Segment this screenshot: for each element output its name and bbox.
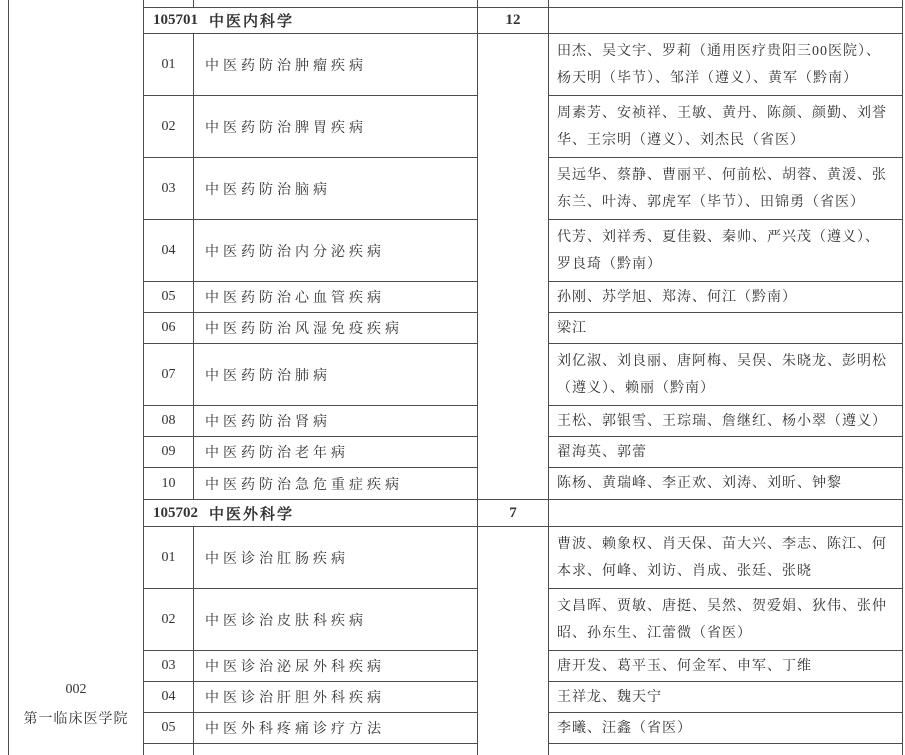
advisors-cell: 吴远华、蔡静、曹丽平、何前松、胡蓉、黄湲、张东兰、叶涛、郭虎军（毕节）、田锦勇（… <box>549 158 902 220</box>
section-name: 中医外科学 <box>209 503 294 524</box>
advisors-cell: 刘亿淑、刘良丽、唐阿梅、吴俣、朱晓龙、彭明松（遵义）、赖丽（黔南） <box>549 344 902 406</box>
partial-cell <box>549 0 902 7</box>
section-body-105702: 01 中医诊治肛肠疾病 02 中医诊治皮肤科疾病 03 中医诊治泌尿外科疾病 0… <box>144 527 902 755</box>
table-row: 04 中医诊治肝胆外科疾病 <box>144 682 478 713</box>
table-row: 05 中医药防治心血管疾病 <box>144 282 478 313</box>
direction-name: 中医药防治肿瘤疾病 <box>194 34 478 95</box>
direction-name: 中医诊治皮肤科疾病 <box>194 589 478 650</box>
section-code: 105702 <box>153 505 198 522</box>
direction-code: 07 <box>144 344 194 405</box>
table-row: 01 中医药防治肿瘤疾病 <box>144 34 478 96</box>
direction-name: 中医外科疼痛诊疗方法 <box>194 713 478 743</box>
table-row: 01 中医诊治肛肠疾病 <box>144 527 478 589</box>
direction-code: 08 <box>144 406 194 436</box>
advisors-cell: 陈杨、黄瑞峰、李正欢、刘涛、刘昕、钟黎 <box>549 468 902 499</box>
document-page: 002 第一临床医学院 105701 中医内科学 12 <box>0 0 905 755</box>
institution-name: 第一临床医学院 <box>24 705 129 735</box>
count-column <box>478 527 549 755</box>
direction-code: 02 <box>144 96 194 157</box>
partial-cell <box>144 744 194 755</box>
partial-row-bottom <box>144 744 478 755</box>
table-row: 02 中医诊治皮肤科疾病 <box>144 589 478 651</box>
empty-cell <box>549 8 902 34</box>
advisors-cell: 唐开发、葛平玉、何金军、申军、丁维 <box>549 651 902 682</box>
count-column <box>478 34 549 499</box>
table-row: 05 中医外科疼痛诊疗方法 <box>144 713 478 744</box>
table-row: 02 中医药防治脾胃疾病 <box>144 96 478 158</box>
direction-name: 中医药防治急危重症疾病 <box>194 468 478 499</box>
institution-code: 002 <box>66 675 87 705</box>
table-row: 09 中医药防治老年病 <box>144 437 478 468</box>
direction-name: 中医药防治肾病 <box>194 406 478 436</box>
table-row: 08 中医药防治肾病 <box>144 406 478 437</box>
table-main: 105701 中医内科学 12 01 中医药防治肿瘤疾病 02 中医药防治脾胃疾… <box>144 0 902 755</box>
section-title: 105702 中医外科学 <box>144 500 478 526</box>
advisor-column: 曹波、赖象权、肖天保、苗大兴、李志、陈江、何本求、何峰、刘访、肖成、张廷、张晓 … <box>549 527 902 755</box>
advisors-cell: 曹波、赖象权、肖天保、苗大兴、李志、陈江、何本求、何峰、刘访、肖成、张廷、张晓 <box>549 527 902 589</box>
section-header-105702: 105702 中医外科学 7 <box>144 500 902 527</box>
section-count: 7 <box>478 500 549 526</box>
direction-code: 01 <box>144 34 194 95</box>
partial-cell <box>144 0 194 7</box>
direction-code: 02 <box>144 589 194 650</box>
section-header-105701: 105701 中医内科学 12 <box>144 8 902 35</box>
direction-code: 03 <box>144 158 194 219</box>
institution-cell: 002 第一临床医学院 <box>9 0 144 755</box>
direction-name: 中医药防治肺病 <box>194 344 478 405</box>
table-row: 10 中医药防治急危重症疾病 <box>144 468 478 499</box>
direction-code: 04 <box>144 682 194 712</box>
advisors-cell: 王祥龙、魏天宁 <box>549 682 902 713</box>
table-row: 03 中医药防治脑病 <box>144 158 478 220</box>
direction-name: 中医药防治风湿免疫疾病 <box>194 313 478 343</box>
empty-cell <box>549 500 902 526</box>
direction-code: 04 <box>144 220 194 281</box>
direction-name: 中医药防治内分泌疾病 <box>194 220 478 281</box>
advisors-cell: 文昌晖、贾敏、唐挺、吴然、贺爱娟、狄伟、张仲昭、孙东生、江蕾微（省医） <box>549 589 902 651</box>
partial-cell <box>478 0 549 7</box>
advisors-cell: 孙刚、苏学旭、郑涛、何江（黔南） <box>549 282 902 313</box>
direction-code: 03 <box>144 651 194 681</box>
section-count: 12 <box>478 8 549 34</box>
advisors-cell: 周素芳、安祯祥、王敏、黄丹、陈颜、颜勤、刘誉华、王宗明（遵义）、刘杰民（省医） <box>549 96 902 158</box>
direction-column: 01 中医诊治肛肠疾病 02 中医诊治皮肤科疾病 03 中医诊治泌尿外科疾病 0… <box>144 527 478 755</box>
advisors-cell: 代芳、刘祥秀、夏佳毅、秦帅、严兴茂（遵义）、罗良琦（黔南） <box>549 220 902 282</box>
partial-cell <box>194 744 478 755</box>
supervisor-table: 002 第一临床医学院 105701 中医内科学 12 <box>8 0 903 755</box>
partial-row-top <box>144 0 902 8</box>
direction-code: 10 <box>144 468 194 499</box>
direction-name: 中医诊治肝胆外科疾病 <box>194 682 478 712</box>
direction-code: 01 <box>144 527 194 588</box>
advisor-column: 田杰、吴文宇、罗莉（通用医疗贵阳三00医院）、杨天明（毕节）、邹洋（遵义）、黄军… <box>549 34 902 499</box>
table-row: 06 中医药防治风湿免疫疾病 <box>144 313 478 344</box>
table-row: 07 中医药防治肺病 <box>144 344 478 406</box>
partial-cell <box>549 744 902 755</box>
direction-name: 中医诊治泌尿外科疾病 <box>194 651 478 681</box>
direction-code: 09 <box>144 437 194 467</box>
advisors-cell: 王松、郭银雪、王琮瑞、詹继红、杨小翠（遵义） <box>549 406 902 437</box>
advisors-cell: 李曦、汪鑫（省医） <box>549 713 902 744</box>
advisors-cell: 翟海英、郭蕾 <box>549 437 902 468</box>
section-code: 105701 <box>153 12 198 29</box>
direction-name: 中医药防治脑病 <box>194 158 478 219</box>
table-row: 04 中医药防治内分泌疾病 <box>144 220 478 282</box>
direction-name: 中医药防治心血管疾病 <box>194 282 478 312</box>
section-body-105701: 01 中医药防治肿瘤疾病 02 中医药防治脾胃疾病 03 中医药防治脑病 04 … <box>144 34 902 500</box>
direction-code: 05 <box>144 282 194 312</box>
advisors-cell: 田杰、吴文宇、罗莉（通用医疗贵阳三00医院）、杨天明（毕节）、邹洋（遵义）、黄军… <box>549 34 902 96</box>
direction-name: 中医药防治脾胃疾病 <box>194 96 478 157</box>
section-title: 105701 中医内科学 <box>144 8 478 34</box>
direction-name: 中医药防治老年病 <box>194 437 478 467</box>
direction-name: 中医诊治肛肠疾病 <box>194 527 478 588</box>
table-row: 03 中医诊治泌尿外科疾病 <box>144 651 478 682</box>
partial-cell <box>194 0 478 7</box>
section-name: 中医内科学 <box>209 10 294 31</box>
direction-column: 01 中医药防治肿瘤疾病 02 中医药防治脾胃疾病 03 中医药防治脑病 04 … <box>144 34 478 499</box>
direction-code: 06 <box>144 313 194 343</box>
direction-code: 05 <box>144 713 194 743</box>
advisors-cell: 梁江 <box>549 313 902 344</box>
